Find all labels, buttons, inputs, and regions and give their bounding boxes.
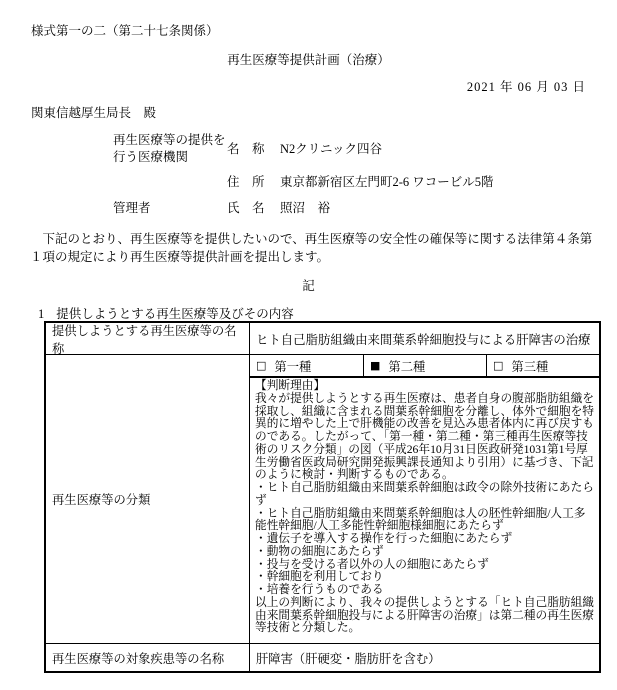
checkbox-checked-icon: ■: [370, 359, 380, 372]
submission-statement: 下記のとおり、再生医療等を提供したいので、再生医療等の安全性の確保等に関する法律…: [30, 231, 596, 266]
class-option-type3: □ 第三種: [487, 355, 599, 376]
row-name-value: ヒト自己脂肪組織由来間葉系幹細胞投与による肝障害の治療: [250, 323, 599, 355]
institution-address-label: 住 所: [227, 172, 265, 190]
judgment-line: 我々が提供しようとする再生医療は、患者自身の腹部脂肪組織を採取し、組織に含まれる…: [255, 393, 594, 482]
row-target-disease-value: 肝障害（肝硬変・脂肪肝を含む）: [250, 644, 599, 671]
row-target-disease-label: 再生医療等の対象疾患等の名称: [46, 644, 250, 671]
judgment-line: 以上の判断により、我々の提供しようとする「ヒト自己脂肪組織由来間葉系幹細胞投与に…: [255, 597, 594, 635]
class-option-type3-label: 第三種: [511, 357, 548, 375]
document-date: 2021 年 06 月 03 日: [467, 77, 586, 95]
manager-name-value: 照沼 裕: [280, 198, 330, 216]
institution-address-value: 東京都新宿区左門町2-6 ワコービル5階: [280, 172, 494, 190]
document-page: 様式第一の二（第二十七条関係） 再生医療等提供計画（治療） 2021 年 06 …: [0, 0, 617, 690]
judgment-line: ・培養を行うものである: [255, 584, 594, 597]
class-option-type2: ■ 第二種: [364, 355, 487, 376]
regenerative-medicine-table: 提供しようとする再生医療等の名称 ヒト自己脂肪組織由来間葉系幹細胞投与による肝障…: [44, 321, 601, 673]
manager-name-label: 氏 名: [227, 198, 265, 216]
row-classification-label: 再生医療等の分類: [46, 355, 250, 644]
classification-judgment-cell: 【判断理由】 我々が提供しようとする再生医療は、患者自身の腹部脂肪組織を採取し、…: [250, 378, 599, 644]
judgment-line: ・遺伝子を導入する操作を行った細胞にあたらず: [255, 533, 594, 546]
class-option-type1: □ 第一種: [250, 355, 364, 376]
judgment-line: ・ヒト自己脂肪組織由来間葉系幹細胞は人の胚性幹細胞/人工多能性幹細胞/人工多能性…: [255, 508, 594, 534]
section1-heading: 1提供しようとする再生医療等及びその内容: [38, 304, 294, 322]
provider-institution-label: 再生医療等の提供を 行う医療機関: [113, 132, 226, 166]
judgment-line: ・動物の細胞にあたらず: [255, 546, 594, 559]
form-reference: 様式第一の二（第二十七条関係）: [31, 21, 219, 39]
checkbox-unchecked-icon: □: [256, 359, 266, 372]
class-option-type1-label: 第一種: [274, 357, 311, 375]
section1-title: 提供しようとする再生医療等及びその内容: [56, 307, 294, 321]
institution-name-value: N2クリニック四谷: [280, 139, 382, 157]
section1-number: 1: [38, 307, 44, 321]
institution-name-label: 名 称: [227, 139, 265, 157]
classification-options-row: □ 第一種 ■ 第二種 □ 第三種: [250, 355, 599, 378]
judgment-line: ・ヒト自己脂肪組織由来間葉系幹細胞は政令の除外技術にあたらず: [255, 482, 594, 508]
row-name-label: 提供しようとする再生医療等の名称: [46, 323, 250, 355]
notice-marker: 記: [0, 276, 617, 294]
checkbox-unchecked-icon: □: [493, 359, 503, 372]
document-title: 再生医療等提供計画（治療）: [0, 50, 617, 68]
addressee: 関東信越厚生局長 殿: [31, 103, 156, 121]
manager-label: 管理者: [113, 198, 151, 216]
judgment-line: 【判断理由】: [255, 380, 594, 393]
class-option-type2-label: 第二種: [388, 357, 425, 375]
